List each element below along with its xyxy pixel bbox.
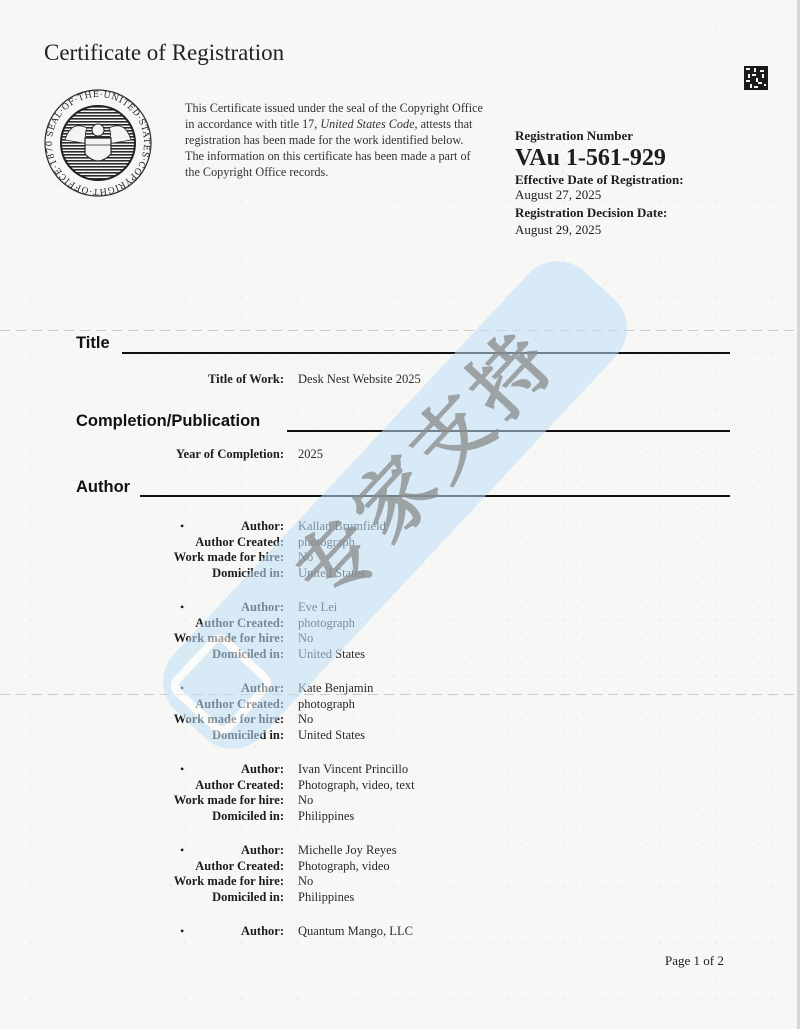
- author-field-author: •Author:Quantum Mango, LLC: [0, 924, 600, 940]
- decision-date-label: Registration Decision Date:: [515, 205, 684, 220]
- registration-info: Registration Number VAu 1-561-929 Effect…: [515, 128, 684, 237]
- registration-number-label: Registration Number: [515, 128, 684, 143]
- certificate-title: Certificate of Registration: [44, 40, 284, 66]
- author-field-domicile: Domiciled in:Philippines: [0, 809, 600, 825]
- barcode-icon: [744, 66, 768, 90]
- field-year-of-completion: Year of Completion: 2025: [0, 447, 600, 463]
- section-heading-title: Title: [76, 334, 110, 353]
- field-title-of-work: Title of Work: Desk Nest Website 2025: [0, 372, 600, 388]
- author-field-domicile: Domiciled in:United States: [0, 566, 600, 582]
- author-field-author: •Author:Ivan Vincent Princillo: [0, 762, 600, 778]
- section-rule: [140, 495, 730, 497]
- author-field-hire: Work made for hire:No: [0, 874, 600, 890]
- decision-date: August 29, 2025: [515, 222, 684, 237]
- bullet-icon: •: [180, 600, 184, 615]
- author-field-hire: Work made for hire:No: [0, 712, 600, 728]
- author-field-created: Author Created:photograph: [0, 616, 600, 632]
- page-number: Page 1 of 2: [665, 953, 724, 969]
- author-field-domicile: Domiciled in:Philippines: [0, 890, 600, 906]
- author-field-domicile: Domiciled in:United States: [0, 647, 600, 663]
- author-field-domicile: Domiciled in:United States: [0, 728, 600, 744]
- effective-date-label: Effective Date of Registration:: [515, 172, 684, 187]
- author-field-hire: Work made for hire:No: [0, 793, 600, 809]
- effective-date: August 27, 2025: [515, 187, 684, 202]
- bullet-icon: •: [180, 762, 184, 777]
- author-field-created: Author Created:Photograph, video, text: [0, 778, 600, 794]
- author-field-created: Author Created:Photograph, video: [0, 859, 600, 875]
- author-field-author: •Author:Michelle Joy Reyes: [0, 843, 600, 859]
- bullet-icon: •: [180, 843, 184, 858]
- section-heading-author: Author: [76, 478, 130, 497]
- author-field-author: •Author:Kate Benjamin: [0, 681, 600, 697]
- author-field-author: •Author:Eve Lei: [0, 600, 600, 616]
- author-field-hire: Work made for hire:No: [0, 631, 600, 647]
- author-field-created: Author Created:photograph: [0, 697, 600, 713]
- fold-line: [0, 330, 800, 331]
- bullet-icon: •: [180, 924, 184, 939]
- bullet-icon: •: [180, 519, 184, 534]
- author-field-author: •Author:Kallan Brumfield: [0, 519, 600, 535]
- section-heading-completion: Completion/Publication: [76, 412, 260, 431]
- copyright-office-seal-icon: SEAL·OF·THE·UNITED·STATES·COPYRIGHT·OFFI…: [43, 88, 153, 198]
- certificate-intro: This Certificate issued under the seal o…: [185, 100, 485, 180]
- section-rule: [122, 352, 730, 354]
- author-field-created: Author Created:photograph: [0, 535, 600, 551]
- registration-number: VAu 1-561-929: [515, 144, 684, 172]
- bullet-icon: •: [180, 681, 184, 696]
- section-rule: [287, 430, 730, 432]
- author-field-hire: Work made for hire:No: [0, 550, 600, 566]
